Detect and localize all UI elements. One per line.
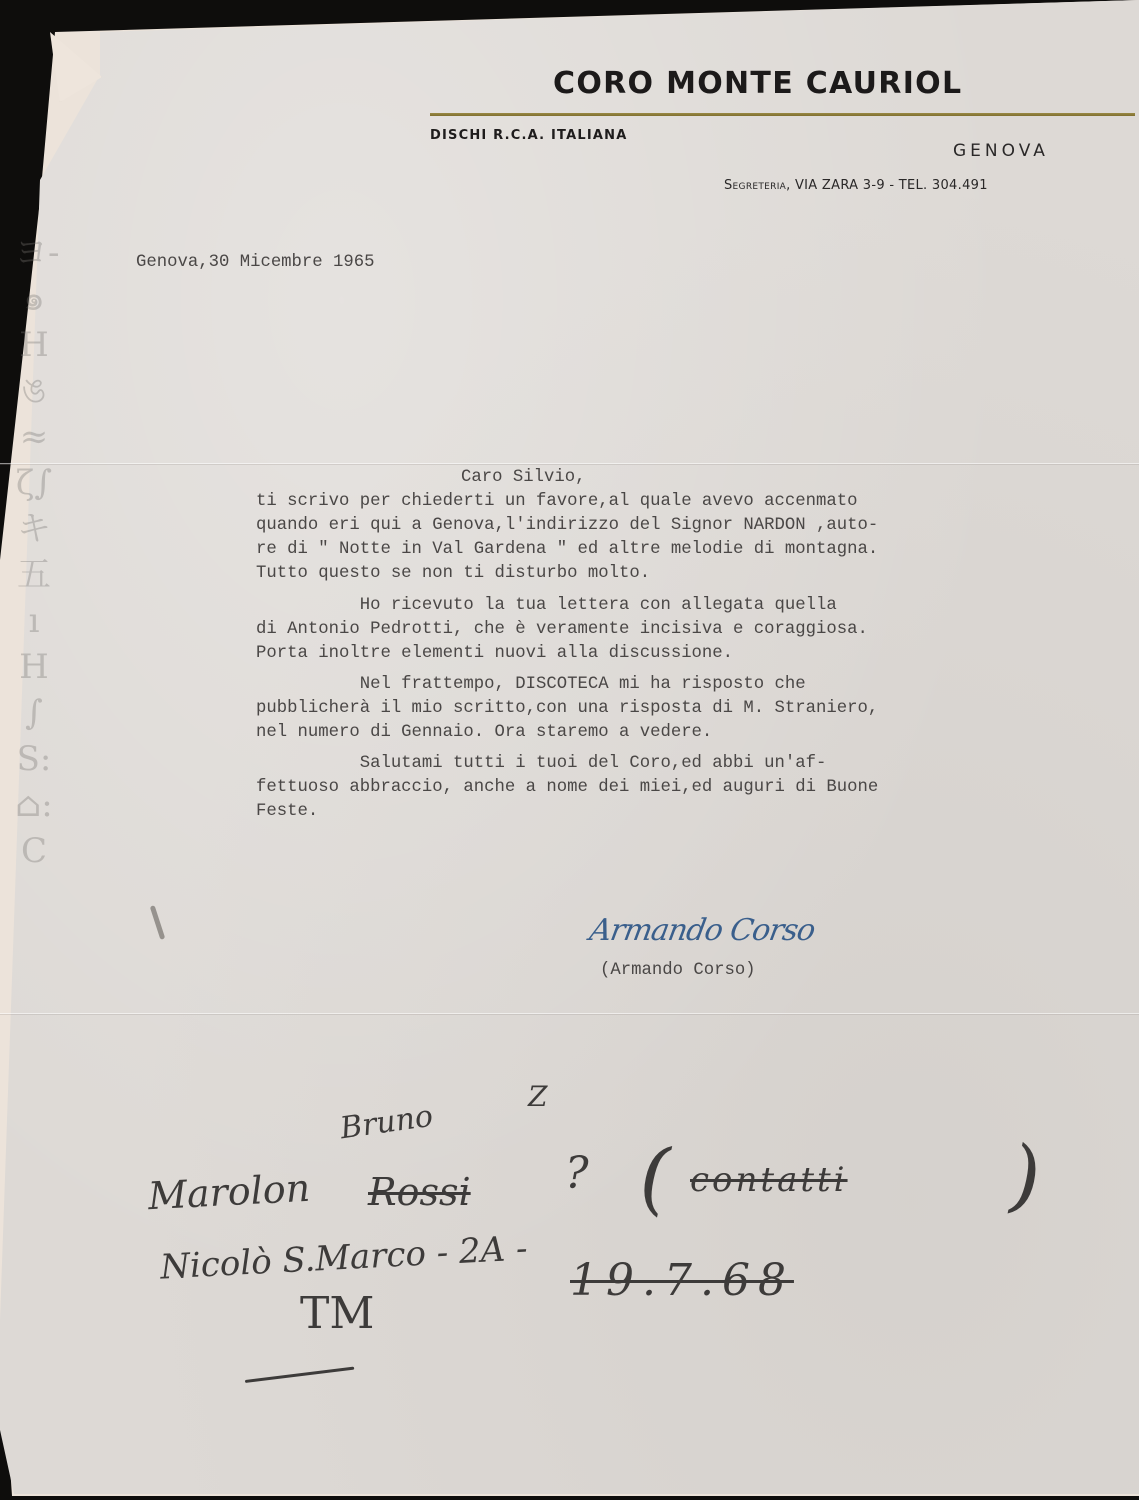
letter-body-line: fettuoso abbraccio, anche a nome dei mie…: [256, 778, 878, 797]
annotation-name: Marolon: [147, 1166, 311, 1218]
annotation-roman-mark: Z: [528, 1080, 547, 1113]
fold-line-upper: [0, 463, 1139, 464]
address-text: VIA ZARA 3-9 - TEL. 304.491: [795, 178, 988, 193]
letterhead-record-label: DISCHI R.C.A. ITALIANA: [430, 128, 628, 143]
letterhead-rule: [430, 113, 1135, 116]
letter-body-line: ti scrivo per chiederti un favore,al qua…: [256, 492, 858, 511]
letter-body-line: di Antonio Pedrotti, che è veramente inc…: [256, 620, 868, 639]
letterhead-address: Segreteria, VIA ZARA 3-9 - TEL. 304.491: [724, 178, 988, 193]
letter-body-line: quando eri qui a Genova,l'indirizzo del …: [256, 516, 878, 535]
letter-body-line: Feste.: [256, 802, 318, 821]
fold-line-lower: [0, 1013, 1139, 1014]
letter-body-line: Ho ricevuto la tua lettera con allegata …: [256, 596, 837, 615]
paper-watermark: ヨ-๑Hঙ≈ζ∫キ五ıH∫S:⌂:C: [14, 230, 54, 1460]
letter-date: Genova,30 Micembre 1965: [136, 253, 375, 272]
letter-body-line: re di " Notte in Val Gardena " ed altre …: [256, 540, 878, 559]
typed-signature: (Armando Corso): [600, 961, 756, 980]
address-prefix: Segreteria,: [724, 178, 791, 193]
scanned-document: ヨ-๑Hঙ≈ζ∫キ五ıH∫S:⌂:C CORO MONTE CAURIOL DI…: [0, 0, 1139, 1500]
annotation-struck-date: 19.7.68: [570, 1255, 794, 1306]
letter-body-line: Salutami tutti i tuoi del Coro,ed abbi u…: [256, 754, 826, 773]
letter-body-line: nel numero di Gennaio. Ora staremo a ved…: [256, 723, 712, 742]
annotation-initials: TM: [300, 1288, 374, 1339]
annotation-struck-surname: Rossi: [368, 1170, 471, 1214]
letter-body-line: pubblicherà il mio scritto,con una rispo…: [256, 699, 878, 718]
letter-body-line: Tutto questo se non ti disturbo molto.: [256, 564, 650, 583]
letter-body-line: Nel frattempo, DISCOTECA mi ha risposto …: [256, 675, 806, 694]
handwritten-signature: Armando Corso: [587, 913, 817, 948]
letterhead-city: GENOVA: [953, 141, 1049, 161]
letter-salutation: Caro Silvio,: [461, 468, 585, 487]
annotation-question-mark: ?: [565, 1148, 589, 1199]
letterhead-organization: CORO MONTE CAURIOL: [553, 66, 962, 101]
letter-body-line: Porta inoltre elementi nuovi alla discus…: [256, 644, 733, 663]
annotation-struck-contacts: contatti: [690, 1160, 848, 1200]
